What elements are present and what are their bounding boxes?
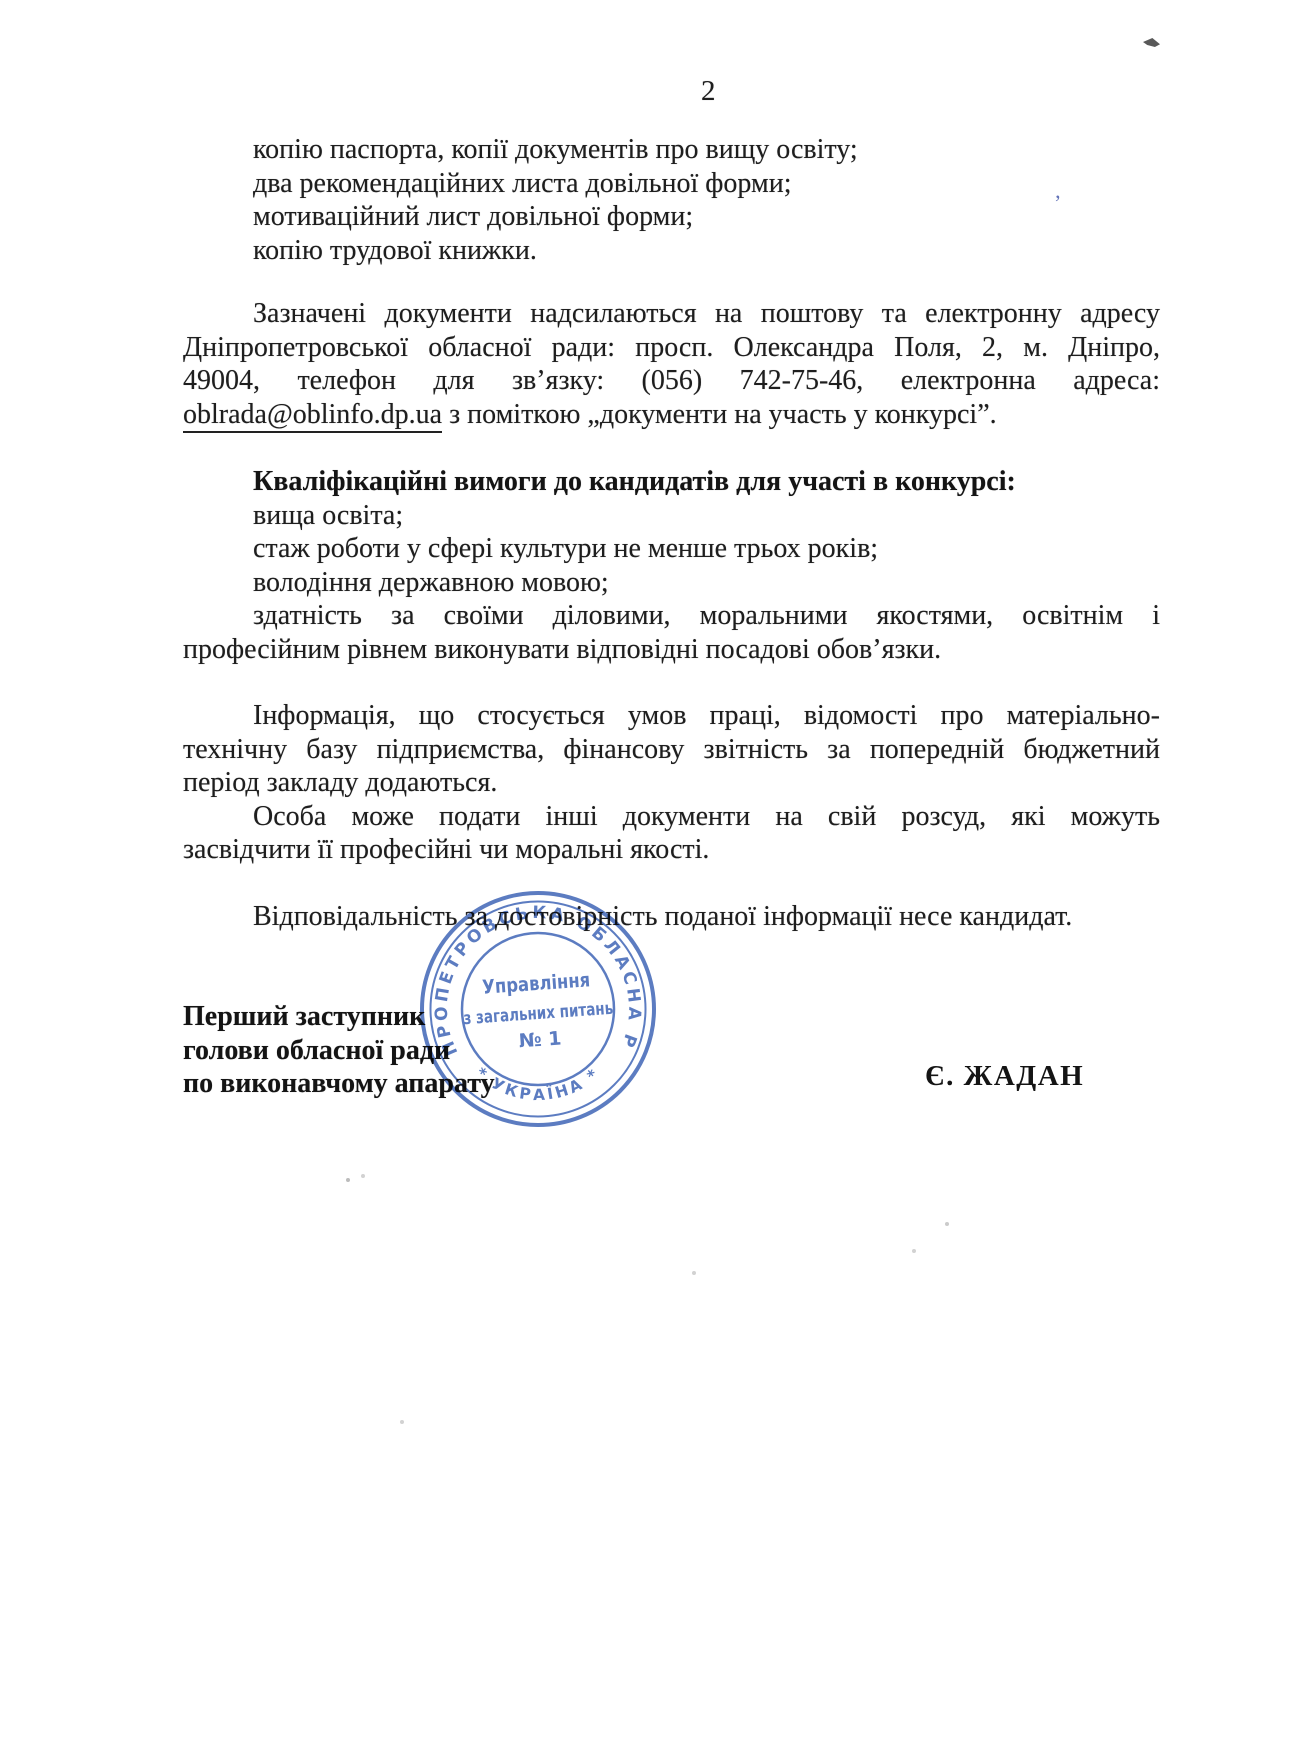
scanned-document-page: { "page": { "number": "2" }, "attachment… <box>0 0 1289 1764</box>
signatory-title-line: Перший заступник <box>183 1000 1160 1034</box>
qualifications-section: Кваліфікаційні вимоги до кандидатів для … <box>183 465 1160 666</box>
paragraph-line: Відповідальність за достовірність подано… <box>183 900 1160 934</box>
info-paragraph: Інформація, що стосується умов праці, ві… <box>183 699 1160 867</box>
paragraph-line: період закладу додаються. <box>183 766 1160 800</box>
paragraph-line: технічну базу підприємства, фінансову зв… <box>183 733 1160 767</box>
paragraph-line: засвідчити її професійні чи моральні яко… <box>183 833 1160 867</box>
attachment-item: копію паспорта, копії документів про вищ… <box>183 133 1160 167</box>
paragraph-line: 49004, телефон для зв’язку: (056) 742-75… <box>183 364 1160 398</box>
paragraph-line: Особа може подати інші документи на свій… <box>183 800 1160 834</box>
stamp-center-line3: № 1 <box>518 1027 562 1052</box>
stamp-center-line2: з загальних питань <box>463 999 614 1029</box>
section-heading: Кваліфікаційні вимоги до кандидатів для … <box>183 465 1160 499</box>
scan-speck <box>346 1178 350 1182</box>
attachment-item: два рекомендаційних листа довільної форм… <box>183 167 1160 201</box>
paragraph-line: oblrada@oblinfo.dp.ua з поміткою „докуме… <box>183 398 1160 432</box>
email-note: з поміткою „документи на участь у конкур… <box>442 399 997 430</box>
paragraph-line: Зазначені документи надсилаються на пошт… <box>183 297 1160 331</box>
scan-speck <box>945 1222 949 1226</box>
scan-speck <box>400 1420 404 1424</box>
qualification-item: здатність за своїми діловими, моральними… <box>183 599 1160 633</box>
signatory-name: Є. ЖАДАН <box>925 1059 1084 1093</box>
qualification-item: професійним рівнем виконувати відповідні… <box>183 633 1160 667</box>
ink-speck-comma: ’ <box>1054 190 1061 216</box>
paragraph-line: Інформація, що стосується умов праці, ві… <box>183 699 1160 733</box>
email-address: oblrada@oblinfo.dp.ua <box>183 399 442 433</box>
scan-speck <box>692 1271 696 1275</box>
scan-smudge <box>1143 38 1160 47</box>
attachment-item: копію трудової книжки. <box>183 234 1160 268</box>
qualification-item: вища освіта; <box>183 499 1160 533</box>
official-round-stamp: ДНІПРОПЕТРОВСЬКА ОБЛАСНА РАДА * УКРАЇНА … <box>406 877 670 1141</box>
qualification-item: стаж роботи у сфері культури не менше тр… <box>183 532 1160 566</box>
paragraph-line: Дніпропетровської обласної ради: просп. … <box>183 331 1160 365</box>
attachments-list: копію паспорта, копії документів про вищ… <box>183 133 1160 267</box>
stamp-center-line1: Управління <box>482 968 591 998</box>
responsibility-paragraph: Відповідальність за достовірність подано… <box>183 900 1160 934</box>
qualification-item: володіння державною мовою; <box>183 566 1160 600</box>
scan-speck <box>912 1249 916 1253</box>
scan-speck <box>361 1174 365 1178</box>
attachment-item: мотиваційний лист довільної форми; <box>183 200 1160 234</box>
page-number: 2 <box>701 74 716 108</box>
address-paragraph: Зазначені документи надсилаються на пошт… <box>183 297 1160 431</box>
